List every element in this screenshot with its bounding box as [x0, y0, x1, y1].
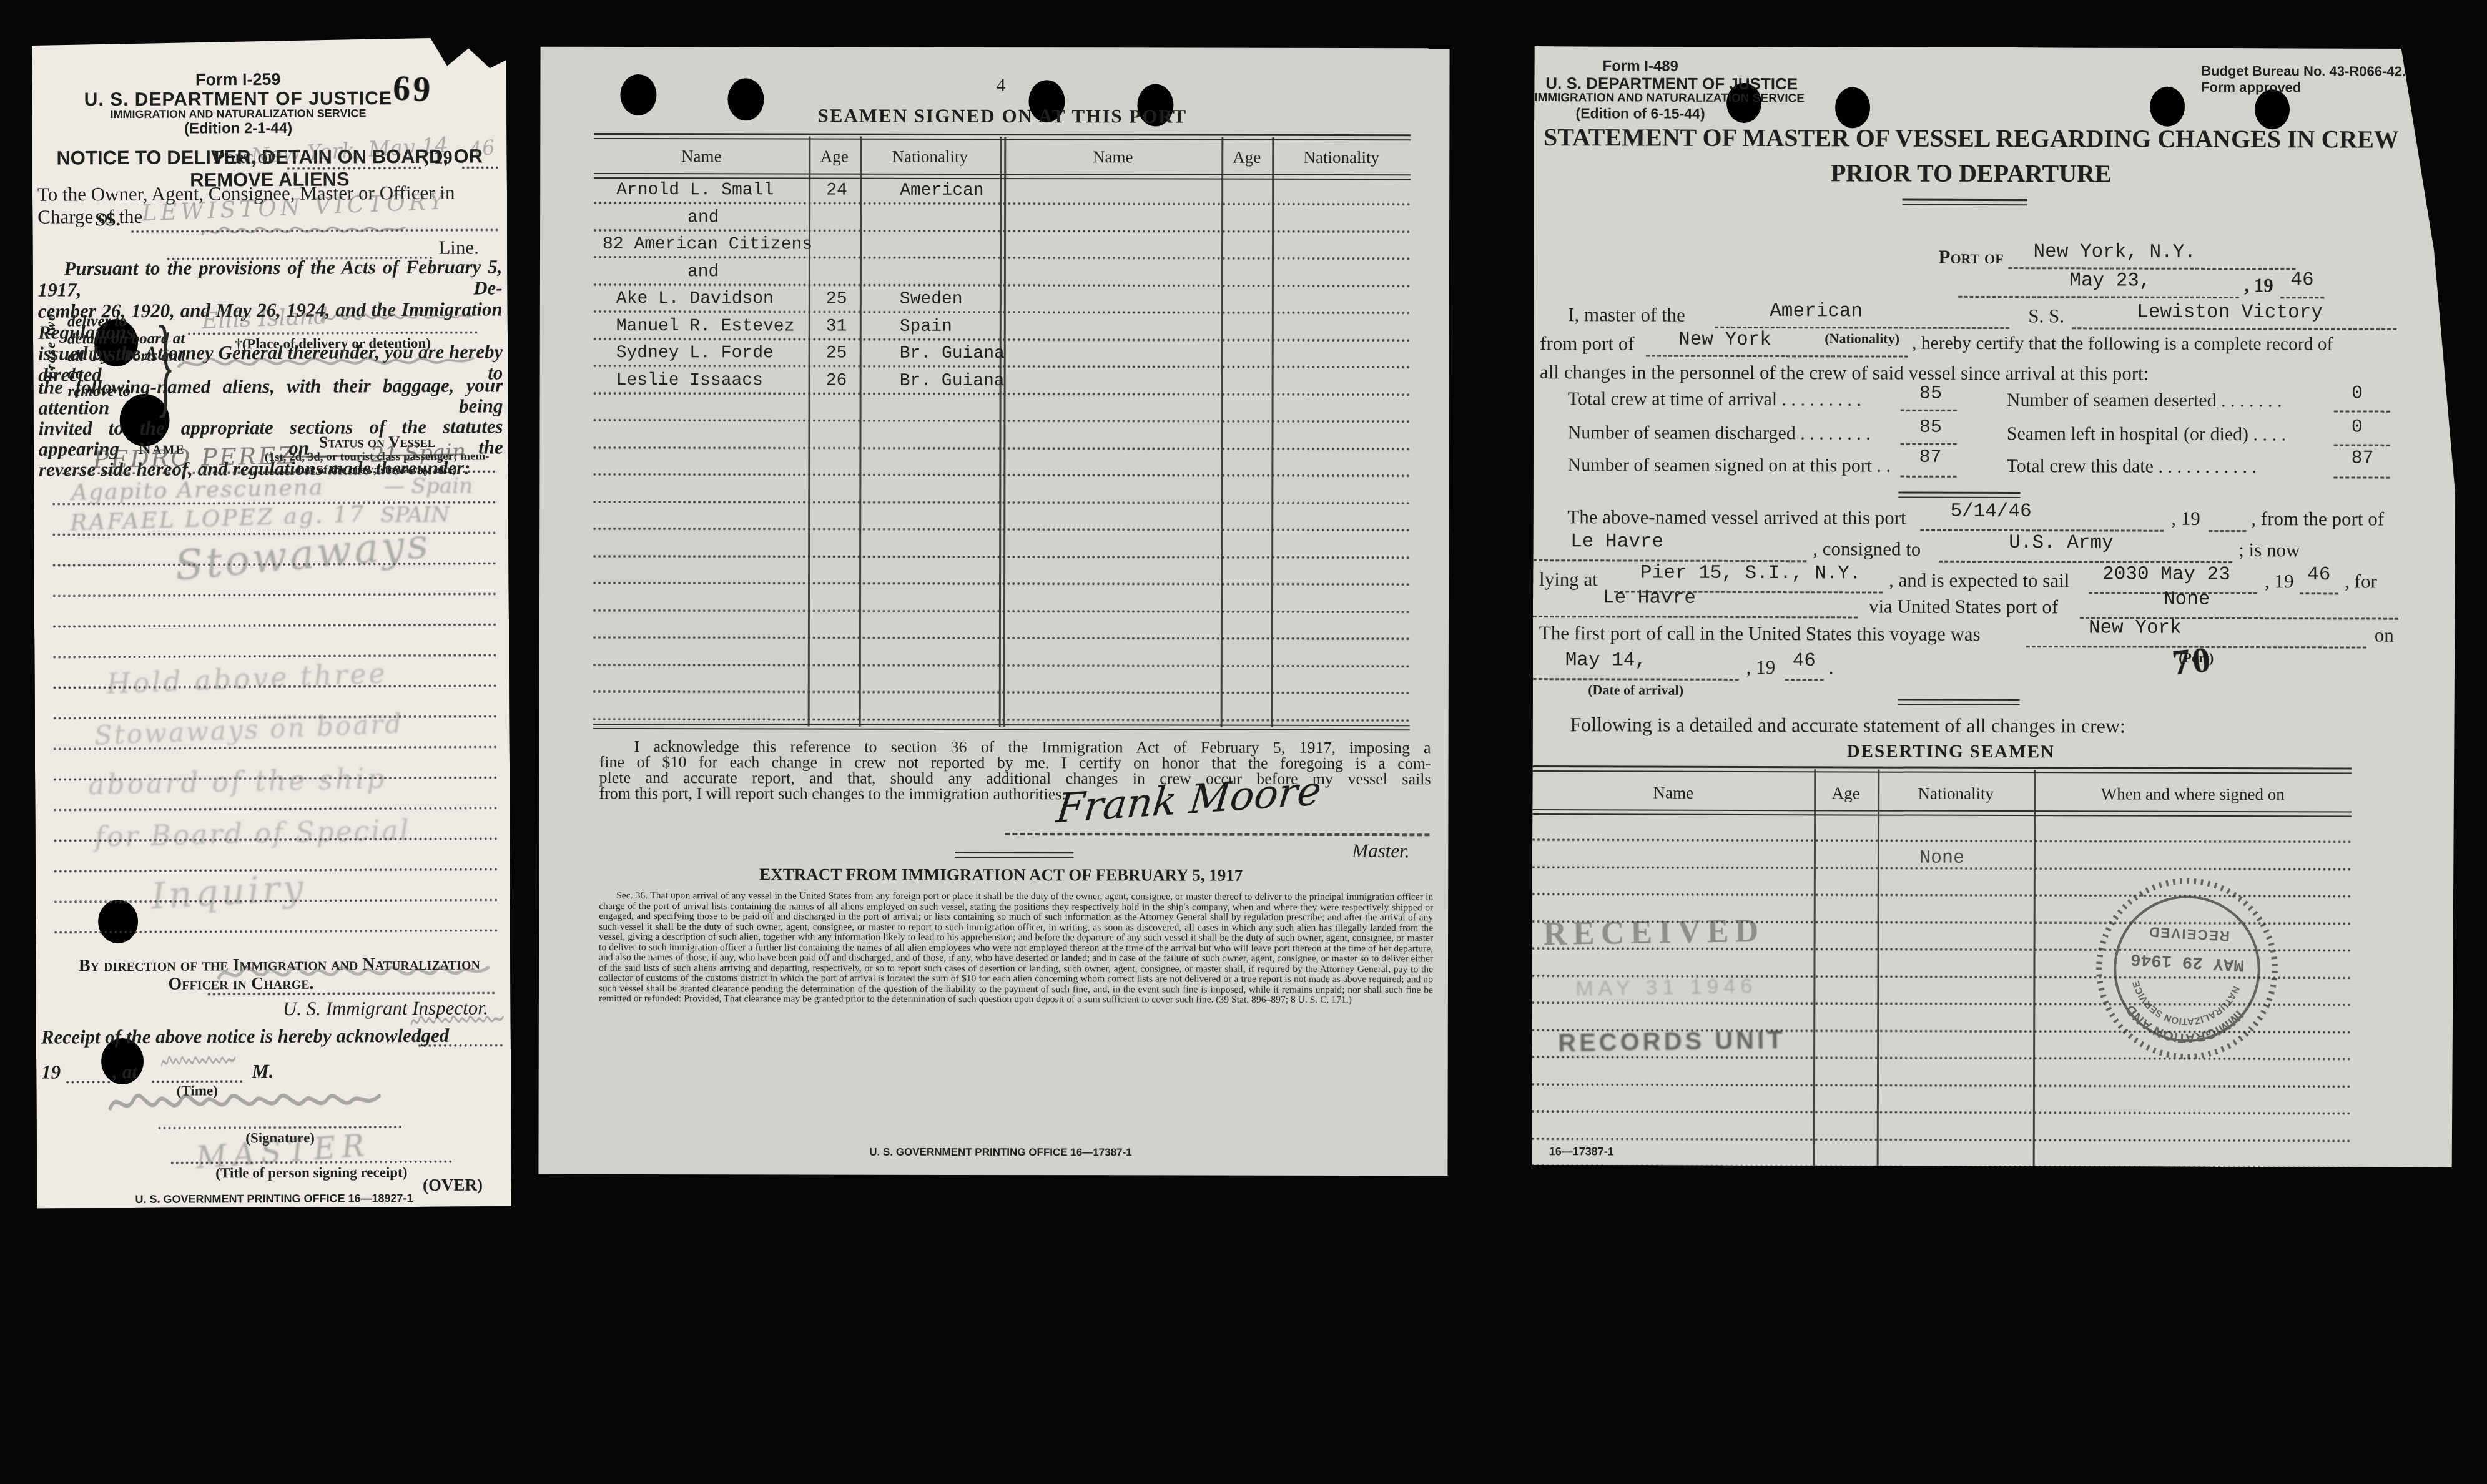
year-handwritten-value: 46	[468, 135, 496, 161]
sail-label: , and is expected to sail	[1889, 569, 2069, 592]
stat-label: Number of seamen discharged . . . . . . …	[1568, 422, 1871, 444]
stat-blank	[1901, 410, 1957, 411]
nationality-value: American	[1770, 300, 1863, 322]
table-row-line	[594, 283, 1411, 287]
table-row-line	[593, 528, 1410, 531]
column-header-name: Name	[1004, 147, 1221, 167]
handwriting-scribble	[320, 308, 476, 328]
section-divider	[1898, 699, 2020, 706]
destination-blank	[1533, 616, 1858, 618]
gpo-footer: U. S. GOVERNMENT PRINTING OFFICE 16—1892…	[87, 1192, 461, 1207]
table-bottom-rule	[593, 724, 1410, 730]
table-row-line	[594, 310, 1411, 314]
handwriting-scribble	[411, 1008, 505, 1034]
table-row-line	[593, 664, 1410, 667]
table-top-rule	[1532, 765, 2352, 774]
sail-year-label: , 19	[2265, 570, 2294, 592]
table-cell-age: 25	[826, 290, 847, 309]
erase-two-note: Erase two	[42, 313, 59, 380]
receipt-year-label: 19	[41, 1061, 61, 1083]
entry-line	[53, 623, 496, 627]
table-row-line	[593, 609, 1410, 613]
date-blank-line	[1958, 296, 2239, 298]
table-row-line	[593, 501, 1410, 504]
table-row-line	[594, 338, 1411, 342]
arrived-year-label: , 19	[2171, 508, 2200, 530]
arrival-date-blank	[1533, 678, 1739, 681]
table-top-rule	[594, 133, 1411, 140]
stat-label: Number of seamen deserted . . . . . . .	[2007, 390, 2282, 411]
stat-value: 0	[2352, 383, 2363, 404]
title-underline	[1903, 199, 2027, 206]
master-of-label: I, master of the	[1568, 303, 1685, 326]
table-row-line	[594, 419, 1411, 423]
stat-value: 85	[1919, 417, 1942, 438]
stat-label: Number of seamen signed on at this port …	[1568, 455, 1891, 476]
table-row-line	[1532, 1083, 2351, 1088]
punch-hole	[2150, 87, 2185, 127]
budget-bureau-note: Budget Bureau No. 43-R066-42.	[2201, 63, 2406, 80]
punch-hole	[98, 900, 138, 943]
table-row: 82 American Citizens	[603, 235, 812, 255]
stamp-received-text: RECEIVED	[2147, 924, 2230, 944]
form-number: Form I-489	[1534, 57, 1746, 76]
table-row-line	[594, 229, 1411, 233]
column-header-age: Age	[1221, 148, 1272, 167]
extract-title: EXTRACT FROM IMMIGRATION ACT OF FEBRUARY…	[539, 865, 1463, 886]
ss-label: SS.	[95, 209, 121, 230]
port-label: Port of	[1938, 246, 2003, 268]
table-row: Arnold L. Small	[616, 180, 774, 200]
from-port-value: New York	[1678, 329, 1771, 351]
alien-entry-name: PEDRO PEREZ —	[92, 441, 331, 473]
ss-label: S. S.	[2028, 305, 2064, 327]
punch-hole	[1835, 87, 1870, 128]
table-row-line	[593, 718, 1410, 722]
via-label: via United States port of	[1869, 595, 2058, 618]
received-stamp: RECEIVED	[1543, 913, 1765, 953]
arrival-sub-label: (Date of arrival)	[1533, 682, 1739, 699]
header-bottom-rule	[594, 173, 1411, 180]
title-of-person-label: (Title of person signing receipt)	[171, 1164, 452, 1182]
table-row-line	[593, 555, 1410, 559]
form-approved-note: Form approved	[2201, 79, 2301, 96]
entry-line	[53, 654, 496, 658]
stat-blank	[2334, 476, 2390, 478]
seamen-table: Name Age Nationality Name Age Nationalit…	[593, 133, 1411, 727]
pencil-note: Inquiry	[150, 866, 307, 917]
column-header-name: Name	[1532, 783, 1814, 803]
receipt-blank	[418, 1044, 503, 1047]
from-port2-label: , from the port of	[2251, 508, 2384, 531]
table-row-line	[1532, 1138, 2351, 1142]
table-row-line	[593, 636, 1410, 640]
ack-line: from this port, I will report such chang…	[599, 784, 1065, 803]
table-cell-age: 25	[826, 344, 847, 363]
column-header-nationality: Nationality	[1272, 148, 1411, 167]
port-value: New York, N.Y.	[2033, 241, 2196, 263]
table-row-line	[594, 256, 1411, 260]
destination-value: Le Havre	[1603, 587, 1696, 609]
handwriting-scribble	[161, 1049, 236, 1076]
arrived-year-blank	[2209, 530, 2246, 532]
service-heading: IMMIGRATION AND NATURALIZATION SERVICE	[1534, 91, 1805, 106]
signature-line	[1005, 833, 1429, 836]
form-i489-statement-document: Form I-489 U. S. DEPARTMENT OF JUSTICE I…	[1532, 46, 2457, 1167]
table-cell-nationality: Spain	[900, 317, 952, 337]
seamen-signed-on-document: 4 SEAMEN SIGNED ON AT THIS PORT Name Age…	[538, 47, 1449, 1176]
edition-note: (Edition 2-1-44)	[32, 119, 444, 139]
lying-label: lying at	[1539, 568, 1598, 591]
table-row-line	[593, 582, 1410, 586]
section-divider	[955, 852, 1073, 858]
table-row-line	[594, 392, 1411, 396]
receipt-m-label: M.	[252, 1060, 273, 1083]
stamp-date-text: MAY 29 1946	[2130, 948, 2245, 974]
date-received-stamp: MAY 31 1946	[1575, 974, 1757, 1001]
for-label: , for	[2345, 570, 2377, 592]
first-port-value: New York	[2089, 617, 2182, 639]
column-header-nationality: Nationality	[860, 147, 1000, 167]
document-title-line2: PRIOR TO DEPARTURE	[1534, 157, 2408, 189]
master-signature-scribble	[108, 1082, 383, 1124]
stat-value: 85	[1919, 383, 1942, 405]
table-row: Leslie Issaacs	[616, 371, 763, 390]
date-value: May 23,	[2069, 270, 2150, 292]
column-divider	[1813, 769, 1816, 1199]
changes-text: all changes in the personnel of the crew…	[1540, 361, 2149, 385]
pursuant-line: Pursuant to the provisions of the Acts o…	[37, 256, 502, 300]
pencil-note: Hold above three	[106, 657, 388, 700]
arrival-year-blank	[1785, 679, 1824, 681]
alien-entry-status: — Spain	[383, 474, 473, 499]
page-number-stamp: 70	[2170, 638, 2214, 684]
column-header-age: Age	[809, 147, 860, 166]
from-port-blank	[1646, 355, 1908, 358]
alien-entry-status: 21 Spain	[370, 439, 466, 468]
arrived-label: The above-named vessel arrived at this p…	[1567, 506, 1906, 529]
sail-year-value: 46	[2307, 564, 2330, 586]
form-number: Form I-259	[32, 69, 444, 91]
lying-value: Pier 15, S.I., N.Y.	[1640, 563, 1861, 585]
ship-name-value: Lewiston Victory	[2137, 302, 2323, 324]
table-cell-nationality: Br. Guiana	[900, 344, 1005, 363]
year-label: , 19	[425, 147, 453, 169]
entry-line	[54, 807, 497, 811]
column-header-nationality: Nationality	[1878, 784, 2034, 804]
table-cell-age: 31	[826, 317, 847, 337]
table-row-line	[593, 473, 1410, 477]
none-entry: None	[1919, 848, 1964, 869]
column-header-name: Name	[594, 147, 809, 167]
date-year-label: , 19	[2244, 274, 2273, 297]
stat-value: 87	[2352, 448, 2374, 469]
arrival-year-label: , 19	[1746, 656, 1776, 679]
document-title-line1: STATEMENT OF MASTER OF VESSEL REGARDING …	[1534, 122, 2408, 154]
via-value: None	[2164, 589, 2210, 611]
table-row-line	[594, 202, 1411, 205]
sail-year-blank	[2300, 592, 2338, 594]
pencil-note: for Board of Special	[94, 815, 411, 853]
table-cell-nationality: American	[900, 181, 983, 200]
column-header-age: Age	[1814, 784, 1878, 803]
document-title: SEAMEN SIGNED ON AT THIS PORT	[540, 104, 1464, 129]
edition-note: (Edition of 6-15-44)	[1534, 105, 1746, 122]
table-row-line	[593, 446, 1410, 450]
section-divider	[1898, 492, 2020, 499]
stat-blank	[2334, 410, 2390, 412]
stat-value: 0	[2352, 416, 2363, 438]
table-row: Manuel R. Estevez	[616, 317, 795, 336]
table-row: Ake L. Davidson	[616, 289, 774, 308]
stat-label: Total crew at time of arrival . . . . . …	[1568, 388, 1861, 410]
table-cell-nationality: Br. Guiana	[900, 371, 1005, 391]
isnow-label: ; is now	[2238, 539, 2300, 561]
table-row: and	[687, 208, 719, 227]
deserting-seamen-title: DESERTING SEAMEN	[1532, 740, 2369, 764]
form-i259-notice-document: 69 Form I-259 U. S. DEPARTMENT OF JUSTIC…	[32, 37, 511, 1208]
stat-label: Total crew this date . . . . . . . . . .…	[2007, 456, 2257, 478]
arrived-value: 5/14/46	[1950, 501, 2031, 523]
stat-label: Seamen left in hospital (or died) . . . …	[2007, 423, 2286, 445]
from-port-label: from port of	[1540, 332, 1635, 355]
column-header-when-where: When and where signed on	[2034, 784, 2352, 804]
from-port2-value: Le Havre	[1570, 531, 1663, 553]
inspector-signature-scribble	[217, 956, 491, 990]
table-row-line	[1532, 838, 2352, 843]
alien-entry-name: Agapito Arescunena	[71, 474, 324, 506]
arrival-period: .	[1829, 656, 1834, 679]
consigned-blank	[1939, 561, 2232, 563]
table-cell-age: 24	[826, 181, 847, 200]
receipt-acknowledged-text: Receipt of the above notice is hereby ac…	[41, 1025, 450, 1049]
table-cell-age: 26	[826, 371, 847, 391]
sail-value: 2030 May 23	[2102, 563, 2230, 586]
pencil-note: aboard of the ship	[88, 763, 387, 801]
place-handwritten-value: Ellis Island	[201, 303, 328, 334]
entry-line	[53, 592, 496, 597]
gpo-footer: U. S. GOVERNMENT PRINTING OFFICE 16—1738…	[538, 1146, 1462, 1160]
stat-blank	[1901, 476, 1957, 478]
table-row: and	[687, 262, 719, 282]
scanned-documents-page: { "left_doc": { "page_stamp": "69", "for…	[0, 0, 2487, 1484]
table-row-line	[1532, 1110, 2351, 1114]
circular-received-stamp: IMMIGRATION AND NATURALIZATION SERVICE M…	[2086, 868, 2287, 1069]
ship-blank	[2072, 327, 2396, 330]
arrived-blank	[1920, 529, 2164, 532]
consigned-label: , consigned to	[1813, 538, 1921, 560]
table-bottom-rule	[1532, 1195, 2351, 1203]
first-port-label: The first port of call in the United Sta…	[1539, 622, 1981, 646]
extract-body: Sec. 36. That upon arrival of any vessel…	[599, 891, 1433, 1006]
arrival-date-value: May 14,	[1565, 649, 1647, 671]
header-bottom-rule	[1532, 809, 2352, 817]
table-row-line	[593, 690, 1410, 694]
master-label: Master.	[1352, 840, 1409, 862]
aliens-line: the following-named aliens, with their b…	[38, 375, 503, 418]
handwriting-scribble	[201, 220, 407, 242]
stat-blank	[1901, 443, 1957, 445]
year-blank-line	[462, 166, 498, 169]
table-row: Sydney L. Forde	[616, 343, 774, 363]
date-year-line	[2280, 297, 2324, 298]
on-label: on	[2375, 624, 2394, 647]
inspector-signature-line	[208, 991, 495, 995]
port-blank-line	[2008, 267, 2295, 270]
records-unit-stamp: RECORDS UNIT	[1558, 1026, 1786, 1058]
receipt-year-blank	[66, 1081, 110, 1083]
certify-text: , hereby certify that the following is a…	[1912, 333, 2333, 355]
stat-blank	[2334, 444, 2390, 446]
date-year-value: 46	[2290, 269, 2313, 291]
form-footer-number: 16—17387-1	[1549, 1145, 1614, 1158]
following-statement: Following is a detailed and accurate sta…	[1570, 713, 2125, 737]
receipt-at-label: , at	[112, 1061, 137, 1083]
page-number: 4	[996, 75, 1005, 96]
stat-value: 87	[1919, 447, 1942, 468]
handwriting-scribble	[177, 350, 476, 376]
table-cell-nationality: Sweden	[900, 290, 963, 309]
table-row-line	[1532, 1164, 2351, 1169]
column-divider	[1877, 770, 1880, 1199]
consigned-value: U.S. Army	[2009, 532, 2114, 554]
table-row-line	[594, 365, 1411, 368]
from-port2-blank	[1533, 559, 1806, 562]
arrival-year-value: 46	[1793, 650, 1816, 672]
pencil-note: Stowaways on board	[94, 708, 404, 750]
column-divider	[2033, 770, 2036, 1199]
